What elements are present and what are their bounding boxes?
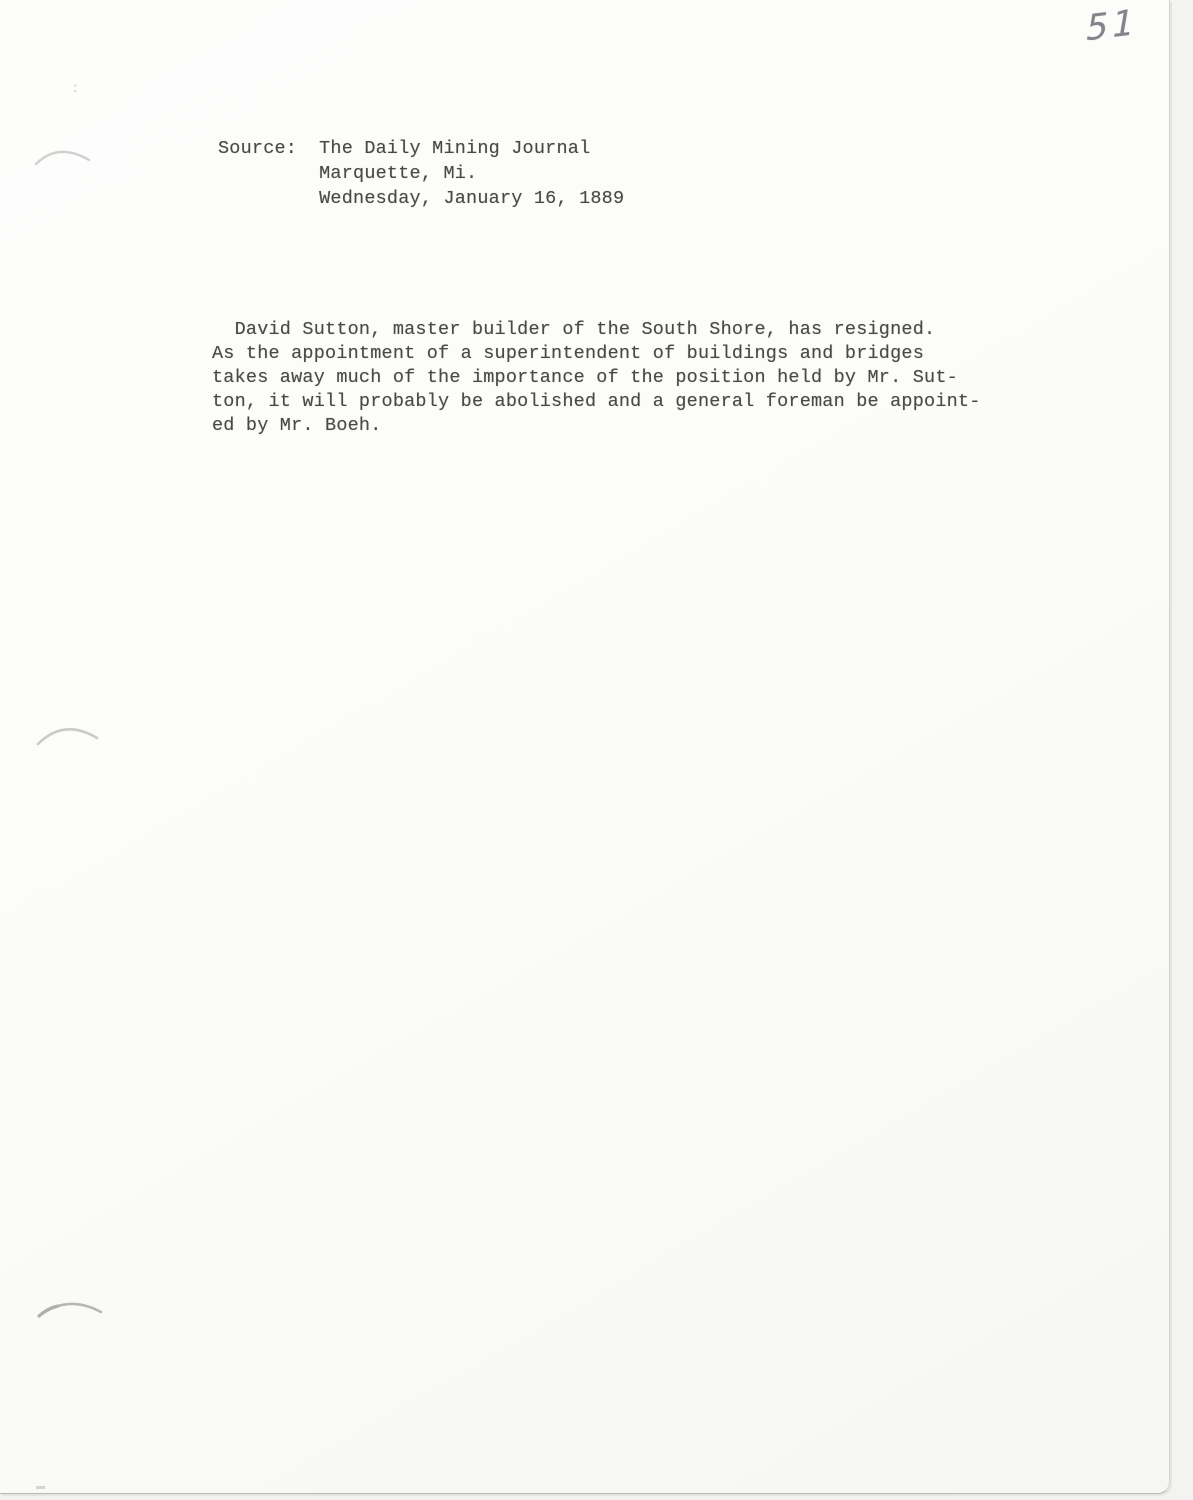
page-curl-mark-middle xyxy=(34,716,102,752)
page-curl-mark-top xyxy=(32,140,94,172)
source-block: Source: The Daily Mining Journal Marquet… xyxy=(218,136,624,211)
scan-speck-bottom xyxy=(36,1486,45,1489)
scanned-page: 51 : Source: The Daily Mining Journal Ma… xyxy=(0,0,1170,1494)
source-location: Marquette, Mi. xyxy=(319,161,624,186)
article-paragraph: David Sutton, master builder of the Sout… xyxy=(212,318,981,438)
source-label: Source: xyxy=(218,136,297,211)
scan-speck: : xyxy=(73,80,78,96)
handwritten-page-number: 51 xyxy=(1086,3,1139,50)
source-lines: The Daily Mining Journal Marquette, Mi. … xyxy=(319,136,624,211)
source-publication: The Daily Mining Journal xyxy=(319,136,624,161)
page-curl-mark-bottom xyxy=(34,1294,106,1326)
source-date: Wednesday, January 16, 1889 xyxy=(319,186,624,211)
